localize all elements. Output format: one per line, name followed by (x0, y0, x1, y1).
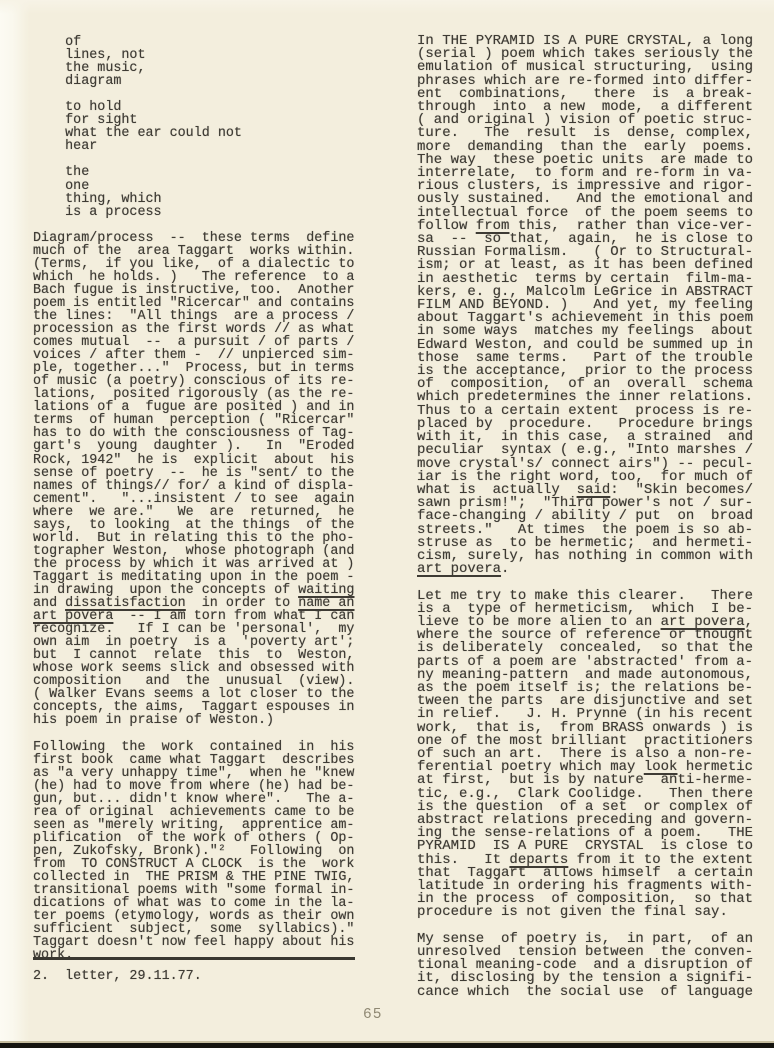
text-line: art povera. (417, 563, 753, 576)
text-line: is a process (33, 206, 354, 219)
text-line: work. (33, 949, 354, 962)
page-number: 65 (363, 1007, 382, 1023)
footnote: 2. letter, 29.11.77. (33, 969, 202, 984)
text-line: his poem in praise of Weston.) (33, 714, 354, 727)
page-top-shading (0, 0, 774, 14)
left-text-column: of lines, not the music, diagram to hold… (33, 36, 354, 962)
page-edge-highlight (0, 0, 30, 1048)
right-text-column: In THE PYRAMID IS A PURE CRYSTAL, a long… (417, 35, 753, 999)
text-line: Taggart doesn't now feel happy about his (33, 936, 354, 949)
scan-edge-bar (0, 1043, 774, 1048)
scanned-page: of lines, not the music, diagram to hold… (0, 0, 774, 1048)
text-line: hear (33, 140, 354, 153)
text-line: diagram (33, 75, 354, 88)
text-line: cance which the social use of language (417, 986, 753, 999)
footnote-divider (33, 957, 355, 960)
text-line: procedure is not given the final say. (417, 906, 753, 919)
